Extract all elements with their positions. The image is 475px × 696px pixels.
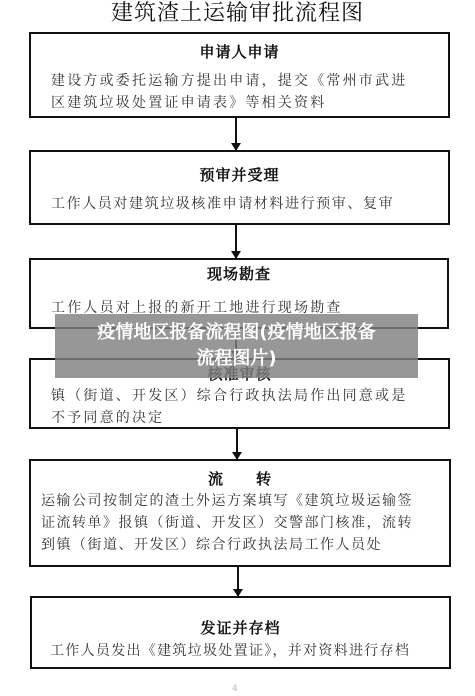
step-heading: 申请人申请 bbox=[31, 41, 448, 62]
step-description-line: 镇（街道、开发区）综合行政执法局作出同意或是 bbox=[51, 385, 446, 407]
flowchart-title: 建筑渣土运输审批流程图 bbox=[0, 0, 475, 30]
overlay-line: 流程图片) bbox=[55, 346, 418, 372]
step-description: 工作人员发出《建筑垃圾处置证》，并对资料进行存档 bbox=[50, 640, 450, 662]
step-description-line: 区建筑垃圾处置证申请表》等相关资料 bbox=[51, 92, 446, 114]
step-heading: 流 转 bbox=[31, 468, 449, 489]
step-box-apply: 申请人申请 建设方或委托运输方提出申请，提交《常州市武进 区建筑垃圾处置证申请表… bbox=[29, 32, 450, 118]
step-description: 运输公司按制定的渣土外运方案填写《建筑垃圾运输签 证流转单》报镇（街道、开发区）… bbox=[41, 490, 449, 556]
step-description-line: 到镇（街道、开发区）综合行政执法局工作人员处 bbox=[41, 534, 449, 556]
step-description-line: 工作人员发出《建筑垃圾处置证》，并对资料进行存档 bbox=[50, 640, 450, 662]
step-description-line: 运输公司按制定的渣土外运方案填写《建筑垃圾运输签 bbox=[41, 490, 449, 512]
page-number: 4 bbox=[232, 684, 238, 694]
step-description: 建设方或委托运输方提出申请，提交《常州市武进 区建筑垃圾处置证申请表》等相关资料 bbox=[51, 70, 446, 114]
step-description-line: 不予同意的决定 bbox=[51, 407, 446, 429]
step-description: 镇（街道、开发区）综合行政执法局作出同意或是 不予同意的决定 bbox=[51, 385, 446, 429]
step-heading: 现场勘查 bbox=[31, 263, 447, 284]
overlay-line: 疫情地区报备流程图(疫情地区报备 bbox=[55, 320, 418, 346]
step-description-line: 证流转单》报镇（街道、开发区）交警部门核准，流转 bbox=[41, 512, 449, 534]
step-description-line: 工作人员对建筑垃圾核准申请材料进行预审、复审 bbox=[51, 193, 446, 215]
flow-arrow bbox=[235, 118, 237, 150]
step-heading: 预审并受理 bbox=[31, 164, 448, 185]
flow-arrow bbox=[236, 429, 238, 459]
step-box-transfer: 流 转 运输公司按制定的渣土外运方案填写《建筑垃圾运输签 证流转单》报镇（街道、… bbox=[29, 459, 451, 567]
flow-arrow bbox=[237, 567, 239, 596]
step-heading: 发证并存档 bbox=[32, 617, 449, 638]
step-description: 工作人员对建筑垃圾核准申请材料进行预审、复审 bbox=[51, 193, 446, 215]
step-description-line: 建设方或委托运输方提出申请，提交《常州市武进 bbox=[51, 70, 446, 92]
step-box-pre-review: 预审并受理 工作人员对建筑垃圾核准申请材料进行预审、复审 bbox=[29, 150, 450, 225]
watermark-caption-overlay: 疫情地区报备流程图(疫情地区报备 流程图片) bbox=[55, 314, 418, 378]
step-box-issue-archive: 发证并存档 工作人员发出《建筑垃圾处置证》，并对资料进行存档 bbox=[30, 596, 451, 669]
flow-arrow bbox=[235, 225, 237, 258]
